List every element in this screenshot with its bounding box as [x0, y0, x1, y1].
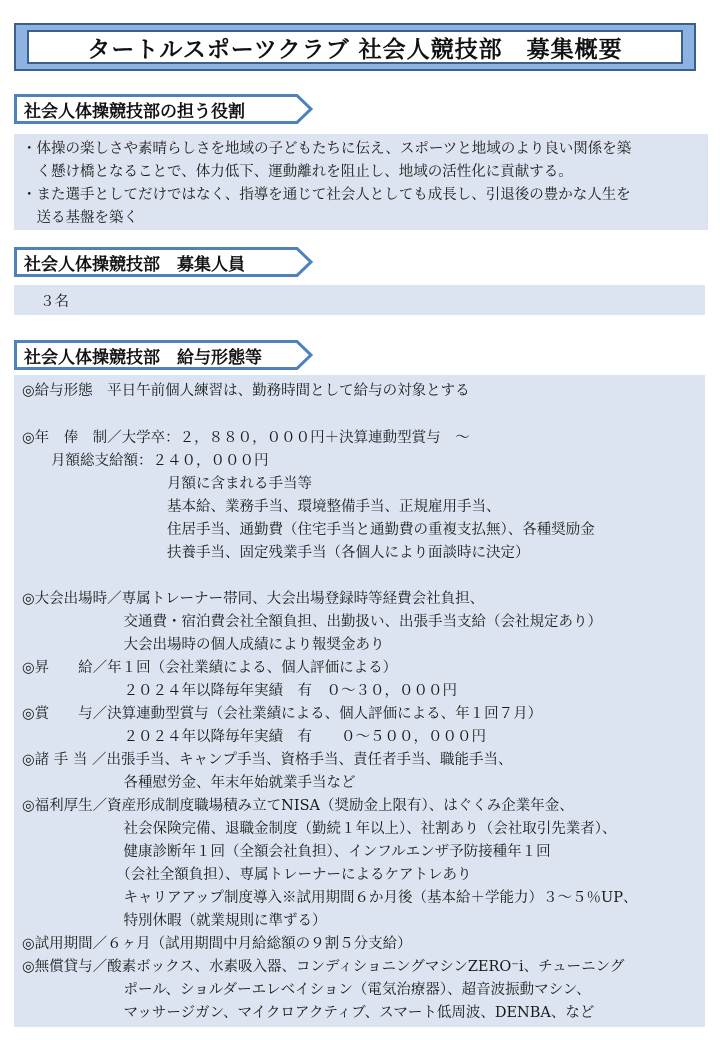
role-line: く懸け橋となることで、体力低下、運動離れを阻止し、地域の活性化に貢献する。 [22, 160, 573, 181]
salary-line: ◎諸 手 当 ／出張手当、キャンプ手当、資格手当、責任者手当、職能手当、 [22, 748, 512, 769]
salary-line: ◎給与形態 平日午前個人練習は、勤務時間として給与の対象とする [22, 379, 470, 400]
salary-line: （会社全額負担）、専属トレーナーによるケアトレあり [22, 863, 472, 884]
salary-line: ◎賞 与／決算連動型賞与（会社業績による、個人評価による、年１回７月） [22, 702, 542, 723]
title-inner-box: タートルスポーツクラブ 社会人競技部 募集概要 [27, 30, 683, 64]
salary-line: 基本給、業務手当、環境整備手当、正規雇用手当、 [22, 495, 501, 516]
title-banner: タートルスポーツクラブ 社会人競技部 募集概要 [14, 23, 696, 71]
salary-line: 月額総支給額：２４０，０００円 [22, 449, 269, 470]
salary-line: ◎年 俸 制／大学卒：２，８８０，０００円＋決算連動型賞与 ～ [22, 426, 470, 447]
salary-line: ◎無償貸与／酸素ボックス、水素吸入器、コンディショニングマシンZERO⁻i、チュ… [22, 955, 624, 976]
salary-line: ◎試用期間／６ヶ月（試用期間中月給総額の９割５分支給） [22, 932, 412, 953]
salary-line: ２０２４年以降毎年実績 有 ０～３０，０００円 [22, 679, 457, 700]
section-heading-salary: 社会人体操競技部 給与形態等 [14, 340, 314, 370]
salary-line: 大会出場時の個人成績により報奨金あり [22, 633, 385, 654]
section-heading-role: 社会人体操競技部の担う役割 [14, 94, 314, 124]
salary-line: ◎大会出場時／専属トレーナー帯同、大会出場登録時等経費会社負担、 [22, 587, 484, 608]
salary-line: 社会保険完備、退職金制度（勤続１年以上）、社割あり（会社取引先業者）、 [22, 817, 617, 838]
page-title: タートルスポーツクラブ 社会人競技部 募集概要 [87, 31, 622, 64]
salary-line: キャリアアップ制度導入※試用期間６か月後（基本給＋学能力）３～５％UP、 [22, 886, 637, 907]
salary-line: 特別休暇（就業規則に準ずる） [22, 909, 327, 930]
salary-line: マッサージガン、マイクロアクティブ、スマート低周波、DENBA、など [22, 1001, 594, 1022]
role-line: ・体操の楽しさや素晴らしさを地域の子どもたちに伝え、スポーツと地域のより良い関係… [22, 137, 631, 158]
salary-line: ２０２４年以降毎年実績 有 ０～５００，０００円 [22, 725, 486, 746]
salary-line: 健康診断年１回（全額会社負担）、インフルエンザ予防接種年１回 [22, 840, 551, 861]
salary-line: 住居手当、通勤費（住宅手当と通勤費の重複支払無）、各種奨励金 [22, 518, 595, 539]
salary-line: 月額に含まれる手当等 [22, 472, 312, 493]
salary-panel: ◎給与形態 平日午前個人練習は、勤務時間として給与の対象とする ◎年 俸 制／大… [14, 375, 705, 1027]
salary-line: ポール、ショルダーエレベイション（電気治療器）、超音波振動マシン、 [22, 978, 591, 999]
recruit-panel: ３名 [14, 285, 705, 315]
salary-line: 交通費・宿泊費会社全額負担、出勤扱い、出張手当支給（会社規定あり） [22, 610, 602, 631]
salary-line: 扶養手当、固定残業手当（各個人により面談時に決定） [22, 541, 530, 562]
heading-text: 社会人体操競技部 給与形態等 [24, 343, 262, 368]
section-heading-recruit: 社会人体操競技部 募集人員 [14, 247, 314, 277]
role-line: 送る基盤を築く [22, 206, 138, 227]
salary-line: ◎昇 給／年１回（会社業績による、個人評価による） [22, 656, 397, 677]
salary-line: ◎福利厚生／資産形成制度職場積み立てNISA（奨励金上限有）、はぐくみ企業年金、 [22, 794, 574, 815]
role-panel: ・体操の楽しさや素晴らしさを地域の子どもたちに伝え、スポーツと地域のより良い関係… [14, 134, 708, 230]
heading-text: 社会人体操競技部 募集人員 [24, 250, 245, 275]
role-line: ・また選手としてだけではなく、指導を通じて社会人としても成長し、引退後の豊かな人… [22, 183, 631, 204]
recruit-count: ３名 [40, 290, 69, 311]
heading-text: 社会人体操競技部の担う役割 [24, 97, 245, 122]
salary-line: 各種慰労金、年末年始就業手当など [22, 771, 356, 792]
